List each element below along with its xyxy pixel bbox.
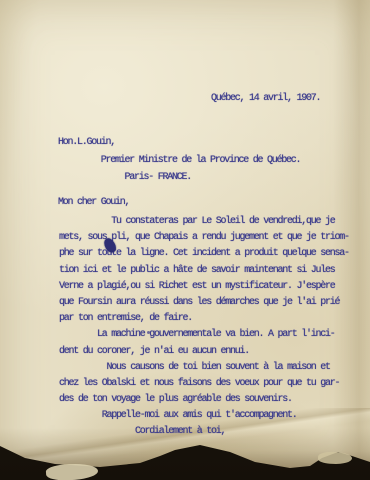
letter-salutation: Mon cher Gouin,	[58, 197, 129, 208]
letter-line: chez les Obalski et nous faisons des voe…	[59, 376, 349, 392]
letter-line: des de ton voyage le plus agréable des s…	[59, 392, 349, 408]
letter-body: Tu constateras par Le Soleil de vendredi…	[59, 214, 349, 441]
letter-line: dent du coroner, je n'ai eu aucun ennui.	[59, 344, 349, 360]
scanned-letter-page: Québec, 14 avril, 1907. Hon.L.Gouin, Pre…	[0, 0, 370, 480]
ink-speck	[147, 331, 150, 334]
letter-line: tion ici et le public a hâte de savoir m…	[59, 263, 349, 279]
letter-line: Cordialement à toi,	[59, 424, 349, 440]
letter-line: Hon.L.Gouin,	[58, 134, 300, 152]
letter-line: phe sur toute la ligne. Cet incident a p…	[59, 246, 349, 262]
letter-line: que Foursin aura réussi dans les démarch…	[59, 295, 349, 311]
letter-line: Rappelle-moi aux amis qui t'accompagnent…	[59, 408, 349, 424]
letter-line: mets, sous pli, que Chapais a rendu juge…	[59, 230, 349, 246]
letter-line: La machine gouvernementale va bien. A pa…	[59, 327, 349, 343]
letter-date: Québec, 14 avril, 1907.	[211, 93, 320, 104]
letter-line: Paris- FRANCE.	[58, 169, 300, 187]
letter-line: Tu constateras par Le Soleil de vendredi…	[59, 214, 349, 230]
letter-line: Premier Ministre de la Province de Québe…	[58, 152, 300, 170]
letter-line: Verne a plagié,ou si Richet est un mysti…	[59, 279, 349, 295]
letter-line: par ton entremise, de faire.	[59, 311, 349, 327]
recipient-address-block: Hon.L.Gouin, Premier Ministre de la Prov…	[58, 134, 300, 187]
letter-line: Nous causons de toi bien souvent à la ma…	[59, 360, 349, 376]
